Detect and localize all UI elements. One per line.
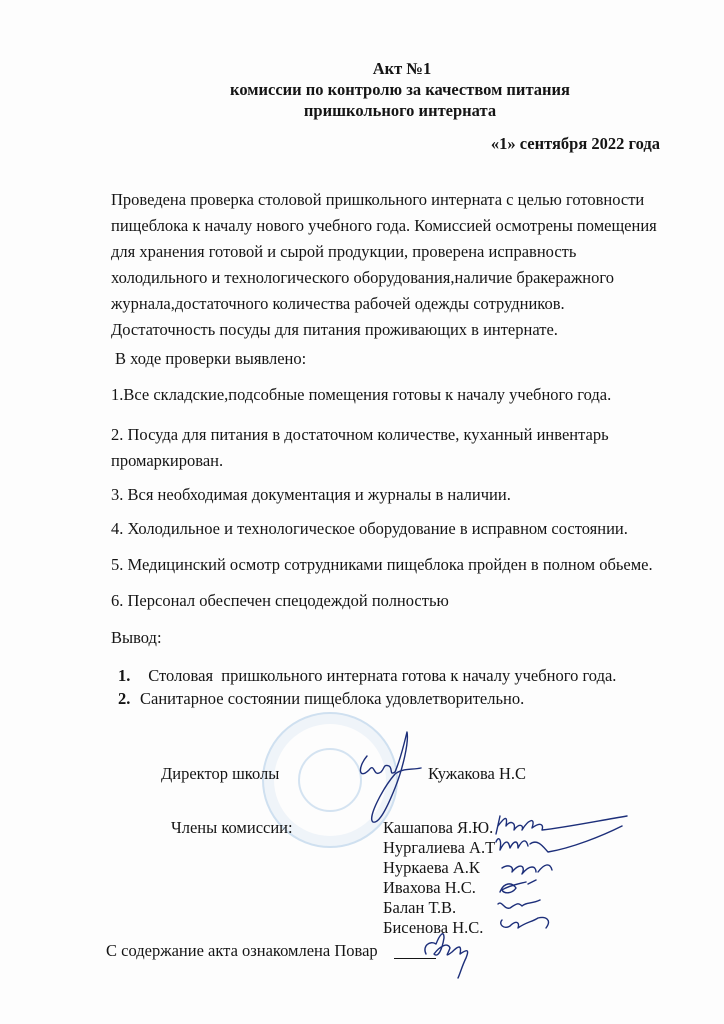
acknowledgement-text: С содержание акта ознакомлена Повар bbox=[106, 941, 378, 961]
findings-heading: В ходе проверки выявлено: bbox=[115, 349, 306, 369]
director-label: Директор школы bbox=[161, 764, 279, 784]
director-signature bbox=[355, 728, 425, 828]
finding-item: 4. Холодильное и технологическое оборудо… bbox=[111, 519, 628, 539]
finding-item: 2. Посуда для питания в достаточном коли… bbox=[111, 425, 609, 445]
members-list: Кашапова Я.Ю. Нургалиева А.Т Нуркаева А.… bbox=[383, 818, 495, 938]
intro-paragraph: Проведена проверка столовой пришкольного… bbox=[111, 187, 671, 343]
conclusion-item: 2.Санитарное состоянии пищеблока удовлет… bbox=[118, 689, 524, 709]
intro-line: журнала,достаточного количества рабочей … bbox=[111, 291, 671, 317]
conclusion-number: 2. bbox=[118, 689, 140, 709]
seal-emblem bbox=[298, 748, 362, 812]
finding-item: 1.Все складские,подсобные помещения гото… bbox=[111, 385, 611, 405]
member-name: Нургалиева А.Т bbox=[383, 838, 495, 858]
finding-item: промаркирован. bbox=[111, 451, 223, 471]
member-name: Кашапова Я.Ю. bbox=[383, 818, 495, 838]
document-date: «1» сентября 2022 года bbox=[491, 134, 660, 154]
document-page: Акт №1 комиссии по контролю за качеством… bbox=[0, 0, 724, 1024]
intro-line: для хранения готовой и сырой продукции, … bbox=[111, 239, 671, 265]
finding-item: 6. Персонал обеспечен спецодеждой полнос… bbox=[111, 591, 449, 611]
member-name: Ивахова Н.С. bbox=[383, 878, 495, 898]
conclusion-text: Санитарное состоянии пищеблока удовлетво… bbox=[140, 689, 524, 708]
document-subtitle-line2: пришкольного интерната bbox=[76, 100, 724, 121]
document-subtitle-line1: комиссии по контролю за качеством питани… bbox=[76, 79, 724, 100]
members-signatures bbox=[492, 808, 632, 938]
conclusion-heading: Вывод: bbox=[111, 628, 162, 648]
intro-line: Проведена проверка столовой пришкольного… bbox=[111, 187, 671, 213]
conclusion-text: Столовая пришкольного интерната готова к… bbox=[140, 666, 616, 685]
conclusion-item: 1. Столовая пришкольного интерната готов… bbox=[118, 666, 616, 686]
intro-line: пищеблока к началу нового учебного года.… bbox=[111, 213, 671, 239]
members-label: Члены комиссии: bbox=[171, 818, 293, 838]
member-name: Нуркаева А.К bbox=[383, 858, 495, 878]
member-name: Балан Т.В. bbox=[383, 898, 495, 918]
intro-line: Достаточность посуды для питания прожива… bbox=[111, 317, 671, 343]
document-header: Акт №1 комиссии по контролю за качеством… bbox=[0, 58, 724, 121]
finding-item: 5. Медицинский осмотр сотрудниками пищеб… bbox=[111, 555, 653, 575]
cook-signature bbox=[418, 924, 478, 984]
intro-line: холодильного и технологического оборудов… bbox=[111, 265, 671, 291]
director-name: Кужакова Н.С bbox=[428, 764, 526, 784]
conclusion-number: 1. bbox=[118, 666, 140, 686]
document-title: Акт №1 bbox=[80, 58, 724, 79]
finding-item: 3. Вся необходимая документация и журнал… bbox=[111, 485, 511, 505]
